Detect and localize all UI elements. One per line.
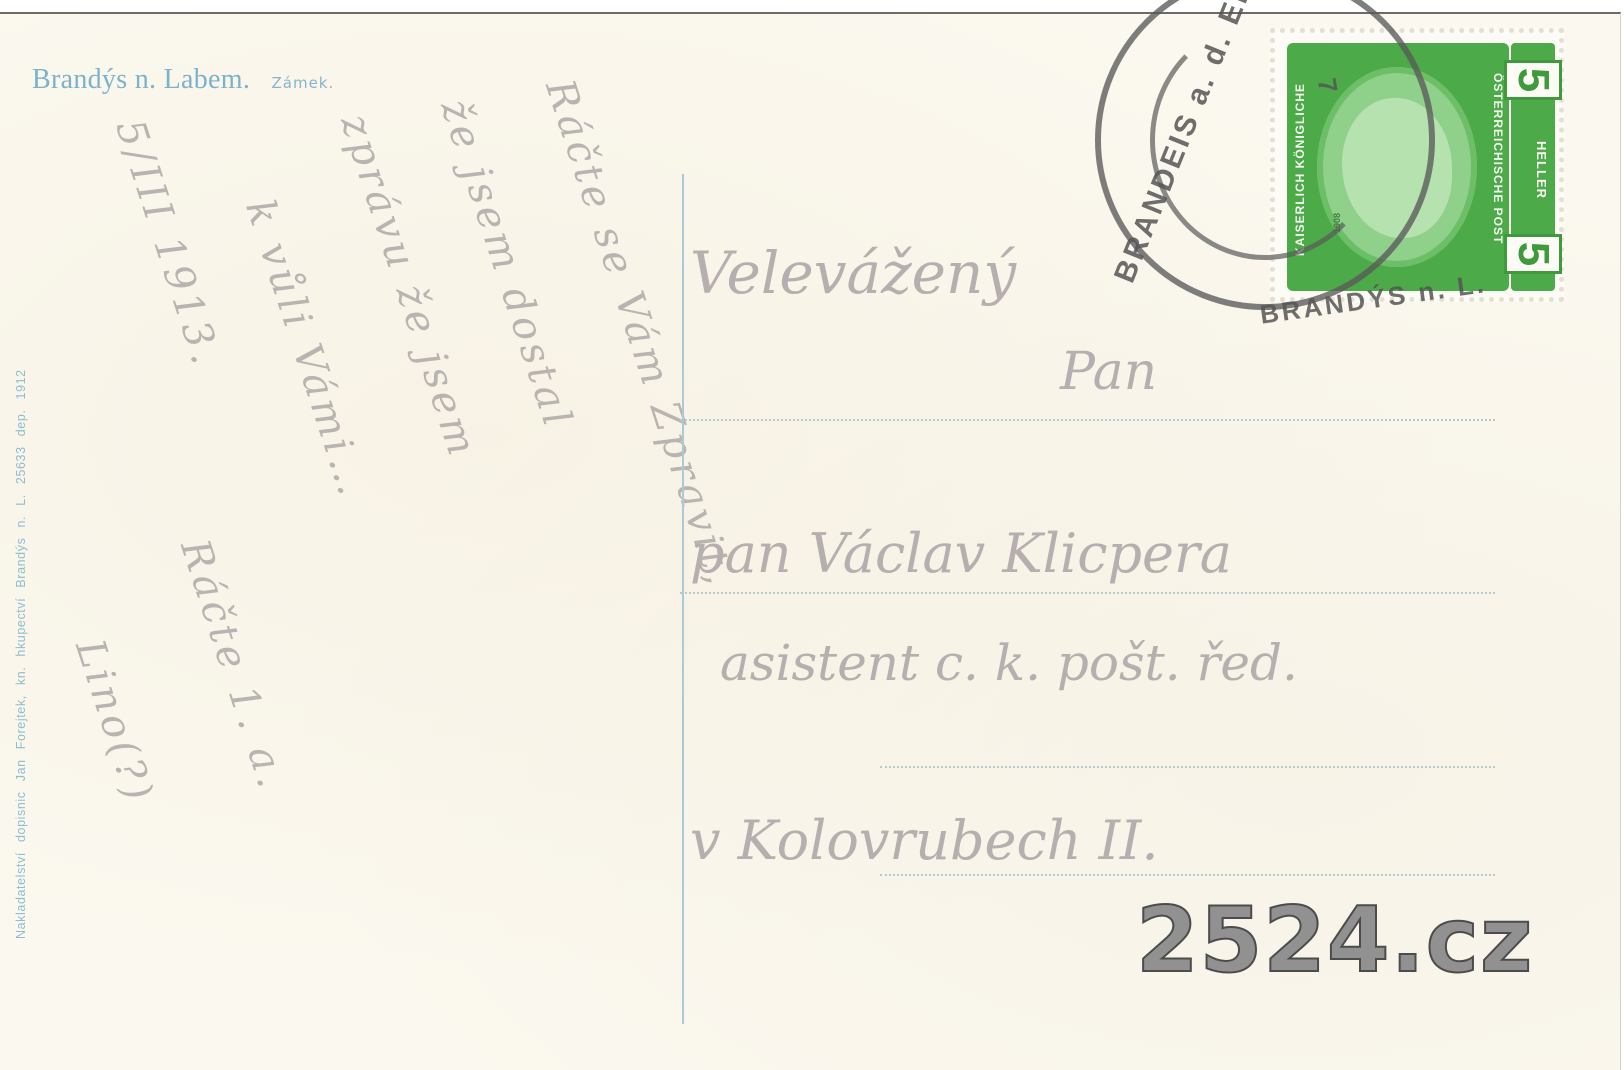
handwritten-address-3: asistent c. k. pošt. řed. bbox=[720, 634, 1298, 692]
handwritten-address-4: v Kolovrubech II. bbox=[690, 809, 1159, 872]
address-line-4 bbox=[880, 874, 1495, 876]
stamp-value-column: 5 HELLER 5 bbox=[1511, 43, 1555, 291]
printed-subtitle: Zámek. bbox=[271, 74, 334, 92]
center-divider bbox=[682, 174, 684, 1024]
publisher-imprint: Nakladatelství dopisnic Jan Forejtek, kn… bbox=[14, 369, 28, 939]
stamp-value-top: 5 bbox=[1504, 60, 1562, 100]
stamp-legend-right: ÖSTERREICHISCHE POST bbox=[1491, 73, 1505, 244]
handwritten-address-2: pan Václav Klicpera bbox=[690, 522, 1232, 585]
stamp-currency: HELLER bbox=[1517, 125, 1549, 215]
address-line-3 bbox=[880, 766, 1495, 768]
handwritten-salutation: Velevážený bbox=[690, 239, 1016, 307]
stamp-value-bottom: 5 bbox=[1504, 234, 1562, 274]
address-line-2 bbox=[680, 592, 1495, 594]
handwritten-message-line: Ráčte se Vám Zpravit, bbox=[536, 74, 744, 593]
handwritten-message-line: Ráčte 1. a. bbox=[171, 534, 295, 797]
address-line-1 bbox=[680, 419, 1495, 421]
handwritten-message-line: Lino(?) bbox=[66, 634, 162, 810]
handwritten-message-line: k vůli Vámi… bbox=[236, 194, 376, 504]
site-watermark: 2524.cz bbox=[1136, 888, 1533, 993]
handwritten-date: 5/III 1913. bbox=[106, 114, 229, 373]
printed-title-text: Brandýs n. Labem. bbox=[32, 64, 250, 95]
printed-title: Brandýs n. Labem. Zámek. bbox=[32, 64, 334, 96]
handwritten-address-1: Pan bbox=[1060, 342, 1157, 402]
